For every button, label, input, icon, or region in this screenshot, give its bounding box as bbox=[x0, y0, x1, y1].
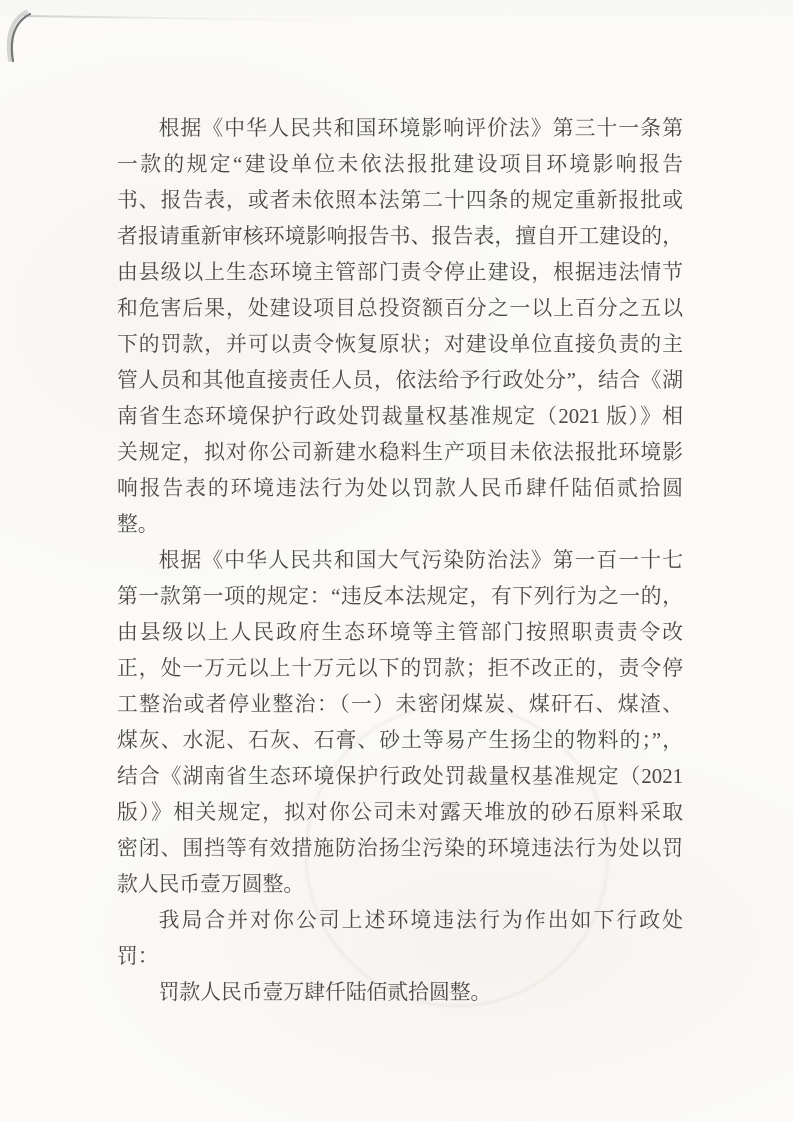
text-line: 由县级以上人民政府生态环境等主管部门按照职责责令改 bbox=[117, 615, 683, 651]
text-line: 书、报告表，或者未依照本法第二十四条的规定重新报批或 bbox=[117, 183, 683, 219]
text-line: 南省生态环境保护行政处罚裁量权基准规定（2021 版）》相 bbox=[117, 399, 683, 435]
text-line: 款人民币壹万圆整。 bbox=[117, 867, 683, 903]
scanned-page: 根据《中华人民共和国环境影响评价法》第三十一条第一款的规定“建设单位未依法报批建… bbox=[0, 0, 793, 1122]
document-body: 根据《中华人民共和国环境影响评价法》第三十一条第一款的规定“建设单位未依法报批建… bbox=[117, 111, 683, 1011]
text-line: 煤灰、水泥、石灰、石膏、砂土等易产生扬尘的物料的；”， bbox=[117, 723, 683, 759]
text-line: 和危害后果，处建设项目总投资额百分之一以上百分之五以 bbox=[117, 291, 683, 327]
text-line: 正，处一万元以上十万元以下的罚款；拒不改正的，责令停 bbox=[117, 651, 683, 687]
text-line: 版）》相关规定，拟对你公司未对露天堆放的砂石原料采取 bbox=[117, 795, 683, 831]
text-line: 根据《中华人民共和国大气污染防治法》第一百一十七 bbox=[117, 543, 683, 579]
text-line: 管人员和其他直接责任人员，依法给予行政处分”，结合《湖 bbox=[117, 363, 683, 399]
text-line: 第一款第一项的规定：“违反本法规定，有下列行为之一的， bbox=[117, 579, 683, 615]
page-curl-mark bbox=[2, 10, 36, 64]
text-line: 根据《中华人民共和国环境影响评价法》第三十一条第 bbox=[117, 111, 683, 147]
text-line: 整。 bbox=[117, 507, 683, 543]
scan-edge-line bbox=[24, 15, 454, 23]
text-line: 由县级以上生态环境主管部门责令停止建设，根据违法情节 bbox=[117, 255, 683, 291]
text-line: 罚： bbox=[117, 939, 683, 975]
text-line: 一款的规定“建设单位未依法报批建设项目环境影响报告 bbox=[117, 147, 683, 183]
text-line: 密闭、围挡等有效措施防治扬尘污染的环境违法行为处以罚 bbox=[117, 831, 683, 867]
text-line: 响报告表的环境违法行为处以罚款人民币肆仟陆佰贰拾圆 bbox=[117, 471, 683, 507]
text-line: 关规定，拟对你公司新建水稳料生产项目未依法报批环境影 bbox=[117, 435, 683, 471]
text-line: 者报请重新审核环境影响报告书、报告表，擅自开工建设的， bbox=[117, 219, 683, 255]
text-line: 结合《湖南省生态环境保护行政处罚裁量权基准规定（2021 bbox=[117, 759, 683, 795]
text-line: 下的罚款，并可以责令恢复原状；对建设单位直接负责的主 bbox=[117, 327, 683, 363]
text-line: 工整治或者停业整治：（一）未密闭煤炭、煤矸石、煤渣、 bbox=[117, 687, 683, 723]
text-line: 我局合并对你公司上述环境违法行为作出如下行政处 bbox=[117, 903, 683, 939]
text-line: 罚款人民币壹万肆仟陆佰贰拾圆整。 bbox=[117, 975, 683, 1011]
